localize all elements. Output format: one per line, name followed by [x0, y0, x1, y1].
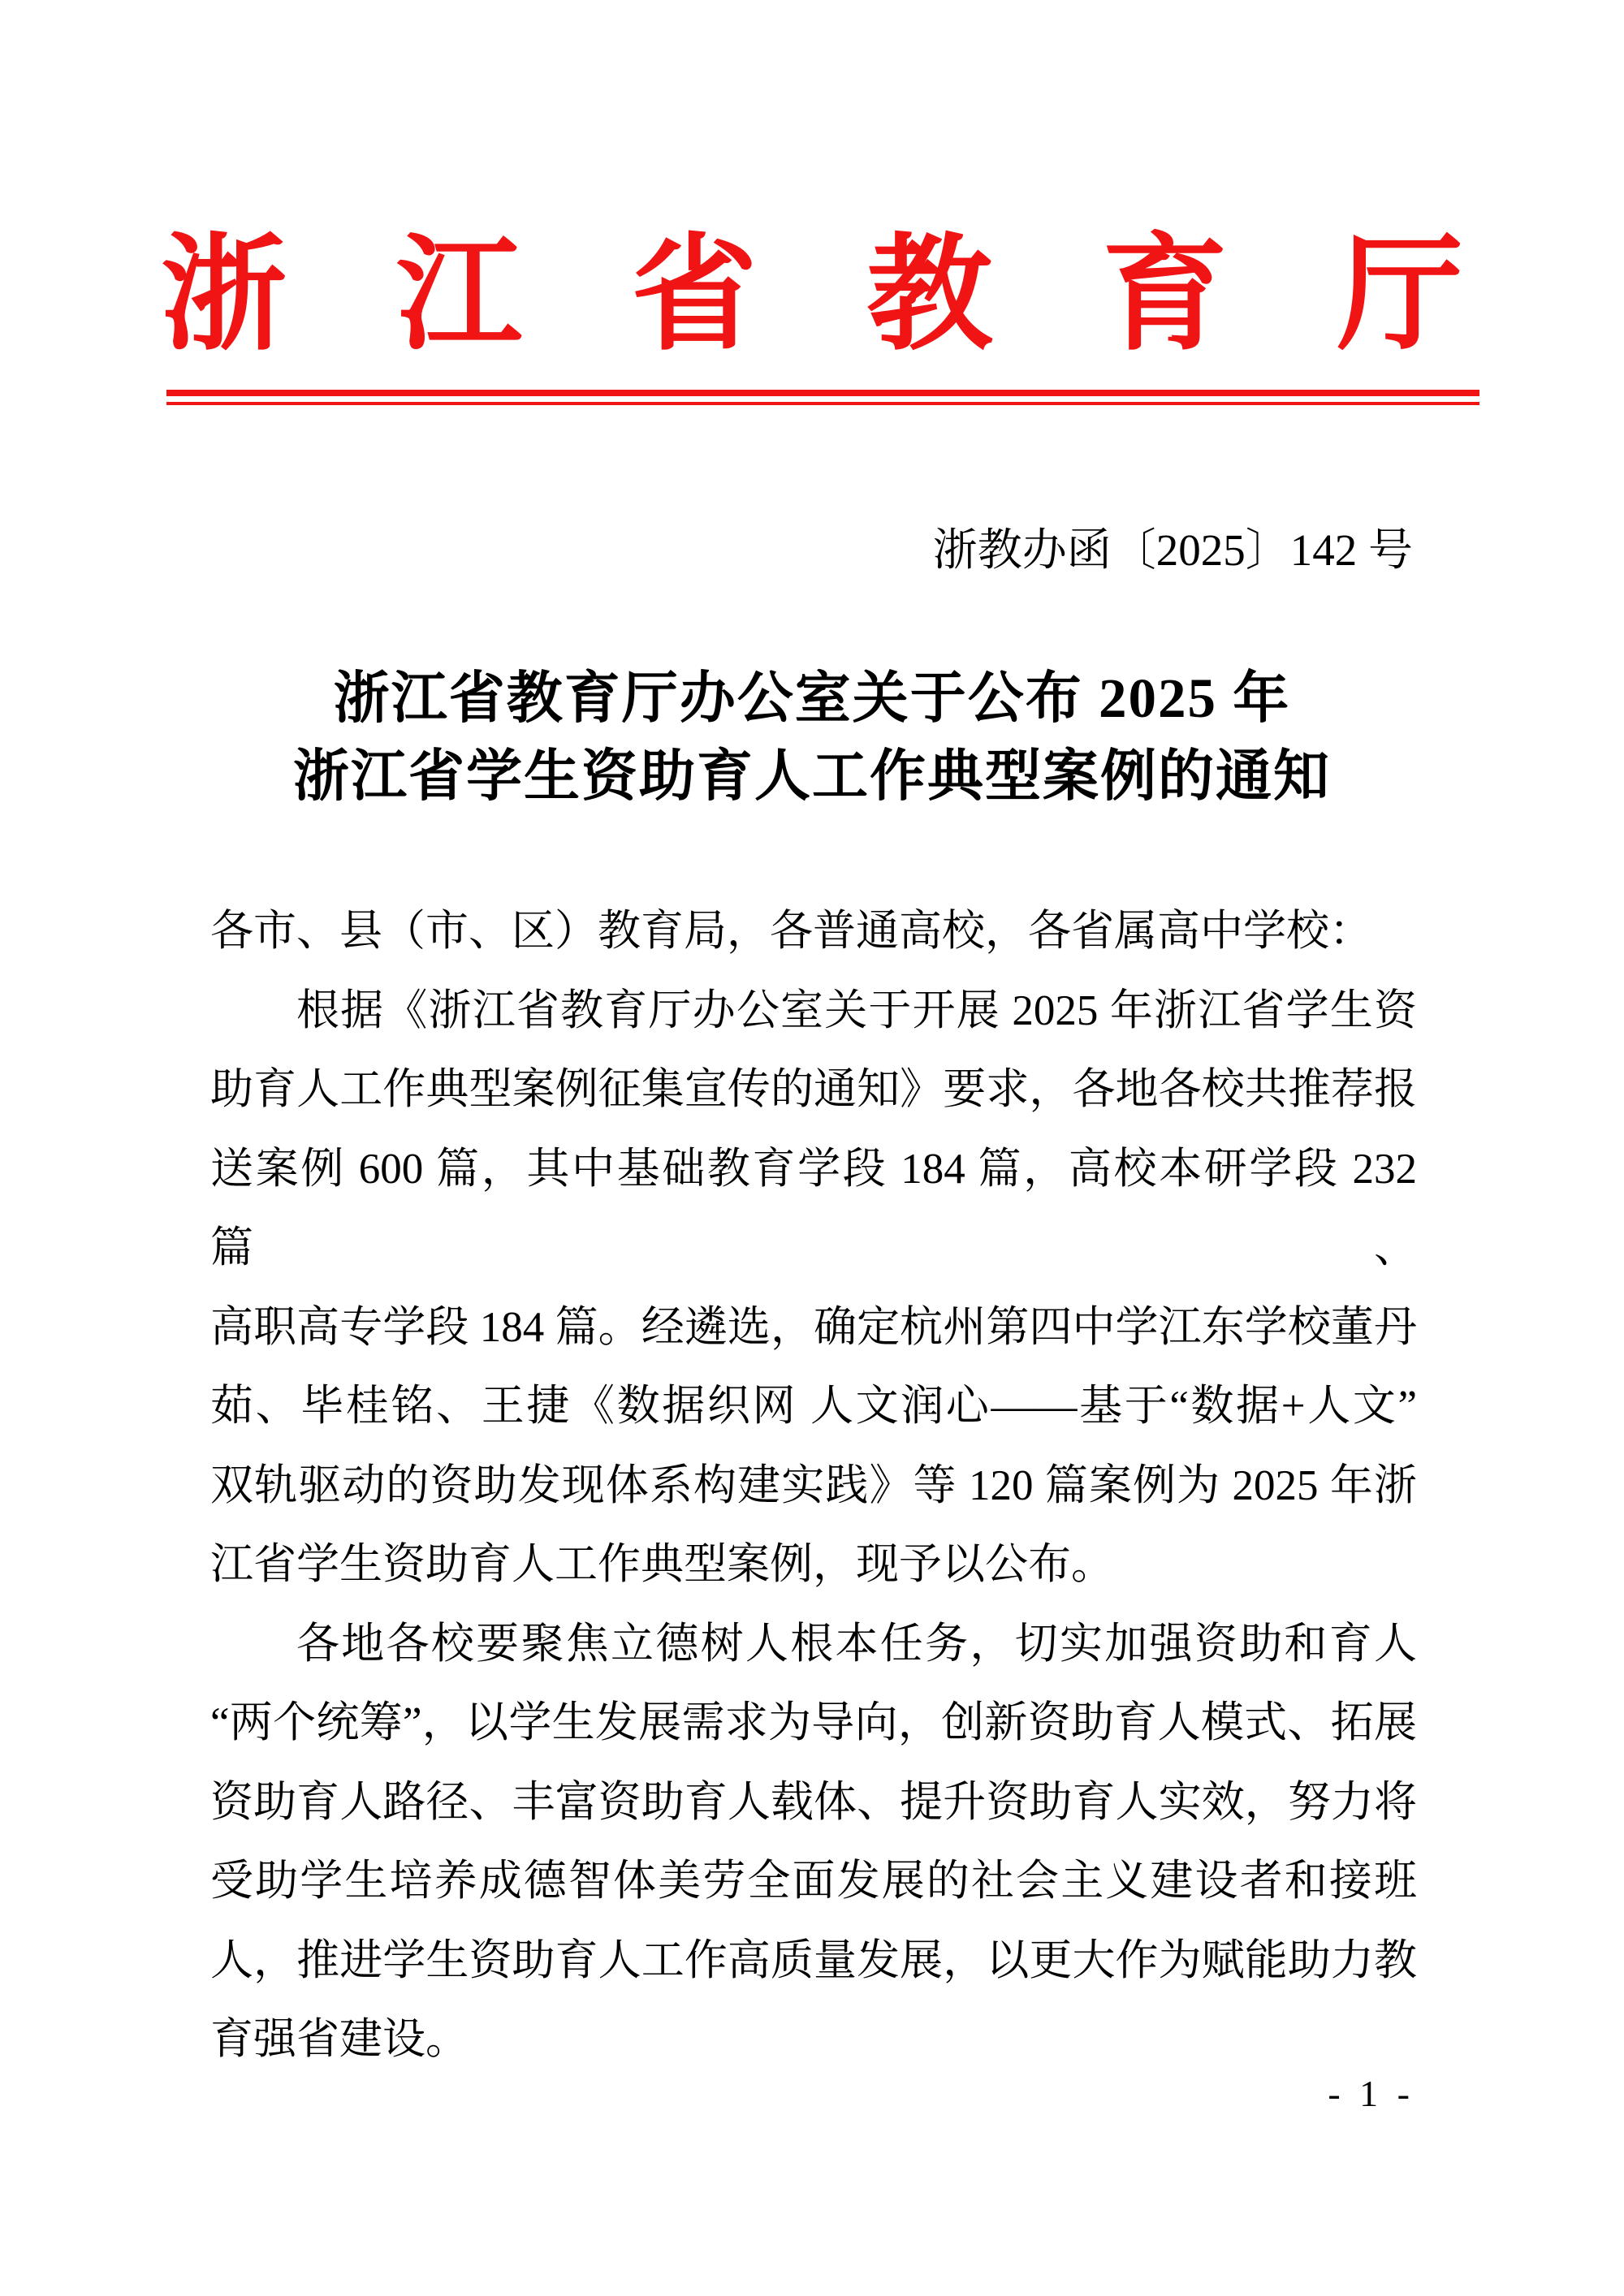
red-separator-thin [166, 402, 1479, 405]
document-page: 浙 江 省 教 育 厅 浙教办函〔2025〕142 号 浙江省教育厅办公室关于公… [0, 0, 1624, 2296]
body-text-line: “两个统筹”，以学生发展需求为导向，创新资助育人模式、拓展 [210, 1684, 1417, 1763]
body-text-line: 资助育人路径、丰富资助育人载体、提升资助育人实效，努力将 [210, 1763, 1417, 1843]
body-text-line: 人，推进学生资助育人工作高质量发展，以更大作为赋能助力教 [210, 1922, 1417, 2001]
body-text-line: 送案例 600 篇，其中基础教育学段 184 篇，高校本研学段 232 篇、 [210, 1130, 1417, 1288]
body-text-line: 各市、县（市、区）教育局，各普通高校，各省属高中学校： [210, 892, 1417, 972]
body-text-line: 受助学生培养成德智体美劳全面发展的社会主义建设者和接班 [210, 1842, 1417, 1922]
document-title: 浙江省教育厅办公室关于公布 2025 年 浙江省学生资助育人工作典型案例的通知 [0, 659, 1624, 815]
body-text-line: 育强省建设。 [210, 2000, 1417, 2080]
body-text-line: 双轨驱动的资助发现体系构建实践》等 120 篇案例为 2025 年浙 [210, 1447, 1417, 1526]
page-number: - 1 - [1328, 2072, 1415, 2115]
body-text-line: 各地各校要聚焦立德树人根本任务，切实加强资助和育人 [210, 1605, 1417, 1685]
body-text-line: 根据《浙江省教育厅办公室关于开展 2025 年浙江省学生资 [210, 972, 1417, 1051]
body-text-line: 助育人工作典型案例征集宣传的通知》要求，各地各校共推荐报 [210, 1051, 1417, 1130]
document-title-line-2: 浙江省学生资助育人工作典型案例的通知 [0, 737, 1624, 815]
agency-letterhead-title: 浙 江 省 教 育 厅 [0, 230, 1624, 362]
body-text-line: 高职高专学段 184 篇。经遴选，确定杭州第四中学江东学校董丹 [210, 1288, 1417, 1368]
body-text: 各市、县（市、区）教育局，各普通高校，各省属高中学校：根据《浙江省教育厅办公室关… [210, 892, 1417, 2080]
body-text-line: 江省学生资助育人工作典型案例，现予以公布。 [210, 1526, 1417, 1605]
document-title-line-1: 浙江省教育厅办公室关于公布 2025 年 [0, 659, 1624, 737]
red-separator-thick [166, 390, 1479, 396]
body-text-line: 茹、毕桂铭、王捷《数据织网 人文润心——基于“数据+人文” [210, 1367, 1417, 1447]
doc-reference-number: 浙教办函〔2025〕142 号 [933, 524, 1413, 577]
